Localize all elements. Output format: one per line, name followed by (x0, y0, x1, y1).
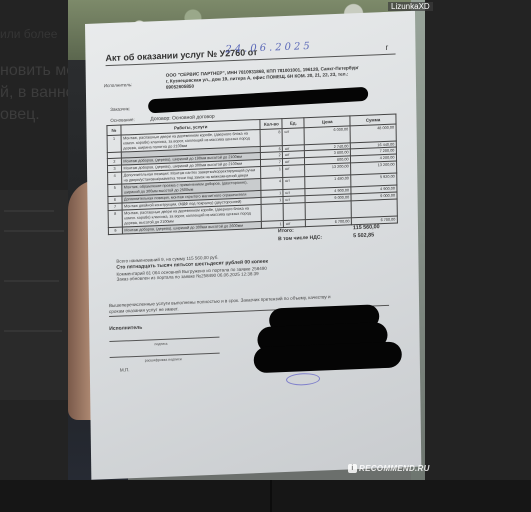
background-text: или более (0, 27, 57, 41)
stamp-label: М.П. (120, 367, 130, 372)
row-unit: шт (282, 128, 304, 146)
row-unit: шт (284, 220, 306, 228)
year-suffix: г (385, 43, 388, 52)
row-quantity: 4 (261, 178, 283, 191)
row-number: 5 (108, 184, 122, 197)
handwritten-date: 24.06.2025 (225, 41, 312, 55)
basis-label: Основание: (110, 117, 134, 123)
background-divider (270, 480, 272, 512)
services-table: № Работы, услуги Кол-во Ед. Цена Сумма 1… (106, 114, 398, 236)
row-price: 6 700,00 (306, 218, 352, 227)
executor-label: Исполнитель: (104, 82, 133, 88)
executor-signature-label: Исполнитель (109, 325, 142, 332)
stamp-mark (286, 373, 320, 386)
row-number: 4 (108, 172, 122, 185)
vat-value: 5 502,85 (353, 232, 374, 239)
background-thumbnail (0, 190, 68, 400)
irecommend-logo-icon: i (348, 464, 357, 473)
total-value: 115 560,00 (353, 224, 380, 231)
executor-line: 89052605850 (166, 84, 194, 90)
signature-redaction (254, 341, 402, 373)
conclusion-text: Вышеперечисленные услуги выполнены полно… (109, 294, 331, 308)
row-quantity: 8 (260, 129, 282, 147)
total-label: Итого: (278, 228, 294, 235)
row-number: 1 (107, 135, 121, 153)
background-text: овец. (0, 106, 40, 124)
background-footer (0, 480, 531, 512)
row-unit: шт (283, 177, 305, 190)
col-header: № (107, 125, 121, 136)
row-unit (283, 203, 305, 221)
row-quantity: 1 (261, 166, 283, 179)
username-watermark: LizunkaXD (388, 2, 433, 11)
service-act-document: Акт об оказании услуг № У2760 от 24.06.2… (85, 11, 421, 480)
background-line (4, 210, 54, 212)
row-number: 8 (108, 210, 122, 228)
background-text: новить ме (0, 62, 75, 80)
decoding-caption: расшифровка подписи (145, 357, 182, 362)
row-unit: шт (283, 165, 305, 178)
background-text: й, в ванно (0, 84, 75, 102)
site-watermark: i RECOMMEND.RU (348, 464, 430, 473)
background-line (4, 330, 62, 332)
customer-redaction (148, 87, 368, 114)
background-line (4, 230, 64, 232)
site-watermark-text: RECOMMEND.RU (359, 464, 430, 473)
row-sum (351, 199, 397, 218)
background-line (4, 280, 59, 282)
row-price (305, 201, 351, 220)
customer-label: Заказчик: (110, 106, 130, 112)
row-quantity (262, 204, 284, 222)
signature-caption: подпись (154, 342, 167, 347)
row-price: 6 000,00 (304, 126, 350, 145)
vat-label: В том числе НДС: (278, 235, 322, 243)
row-sum: 48 000,00 (350, 124, 396, 143)
row-number: 9 (108, 227, 122, 235)
